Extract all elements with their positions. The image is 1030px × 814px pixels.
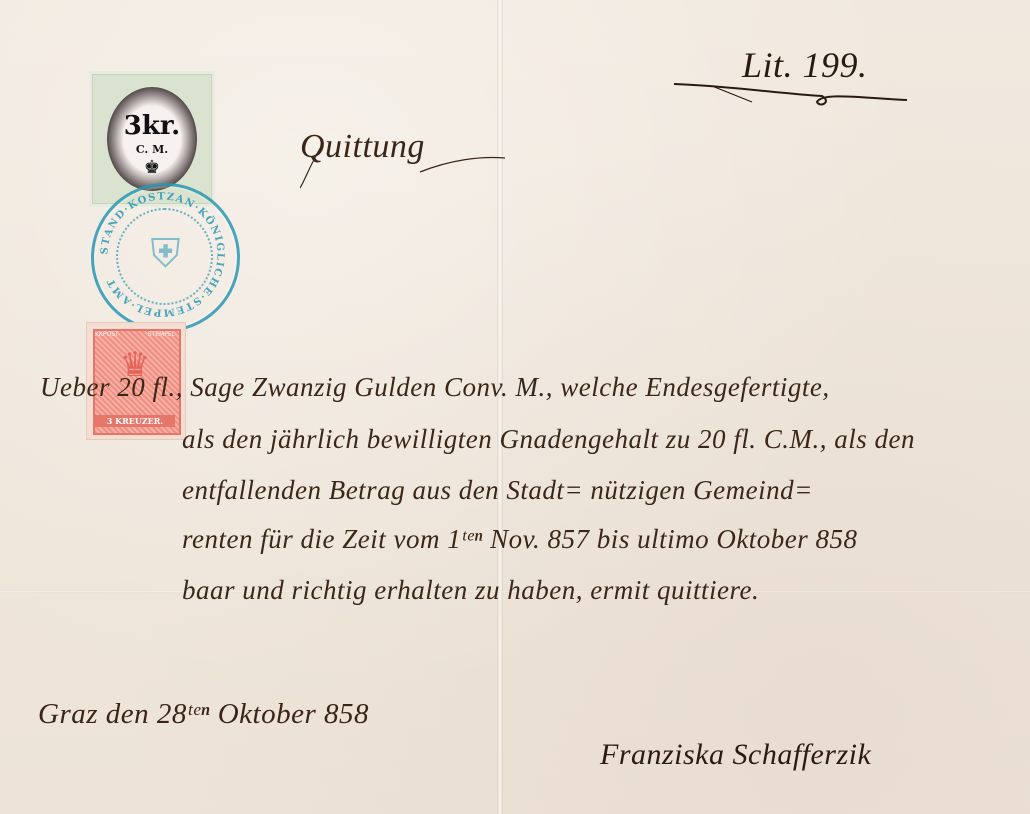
vertical-fold-line — [497, 0, 503, 814]
body-line-5: baar und richtig erhalten zu haben, ermi… — [182, 575, 759, 606]
double-eagle-icon: ♚ — [93, 157, 211, 178]
body-line-3: entfallenden Betrag aus den Stadt= nützi… — [182, 475, 813, 506]
revenue-stamp-currency: C. M. — [93, 143, 211, 156]
stamp-top-text: KKPOST- STEMPEL — [95, 331, 175, 338]
title-flourish-icon — [300, 140, 510, 190]
document-page: Lit. 199. Quittung 3kr. C. M. ♚ ⛨ STAND·… — [0, 0, 1030, 814]
revenue-stamp-value: 3kr. — [93, 111, 211, 141]
official-seal: ⛨ STAND·KOSTZAN·KÖNIGLICHE·STEMPEL·AMT — [91, 183, 240, 332]
seal-text-ring: STAND·KOSTZAN·KÖNIGLICHE·STEMPEL·AMT — [91, 183, 234, 326]
svg-text:STAND·KOSTZAN·KÖNIGLICHE·STEMP: STAND·KOSTZAN·KÖNIGLICHE·STEMPEL·AMT — [99, 191, 225, 317]
stamp-value-text: 3 KREUZER. — [95, 415, 175, 427]
body-line-2: als den jährlich bewilligten Gnadengehal… — [182, 424, 915, 455]
body-line-1: Ueber 20 fl., Sage Zwanzig Gulden Conv. … — [40, 372, 830, 403]
place-and-date: Graz den 28ᵗᵉⁿ Oktober 858 — [38, 698, 369, 731]
body-line-4: renten für die Zeit vom 1ᵗᵉⁿ Nov. 857 bi… — [182, 524, 858, 555]
reference-flourish-icon — [672, 72, 917, 112]
signature: Franziska Schafferzik — [600, 738, 871, 772]
